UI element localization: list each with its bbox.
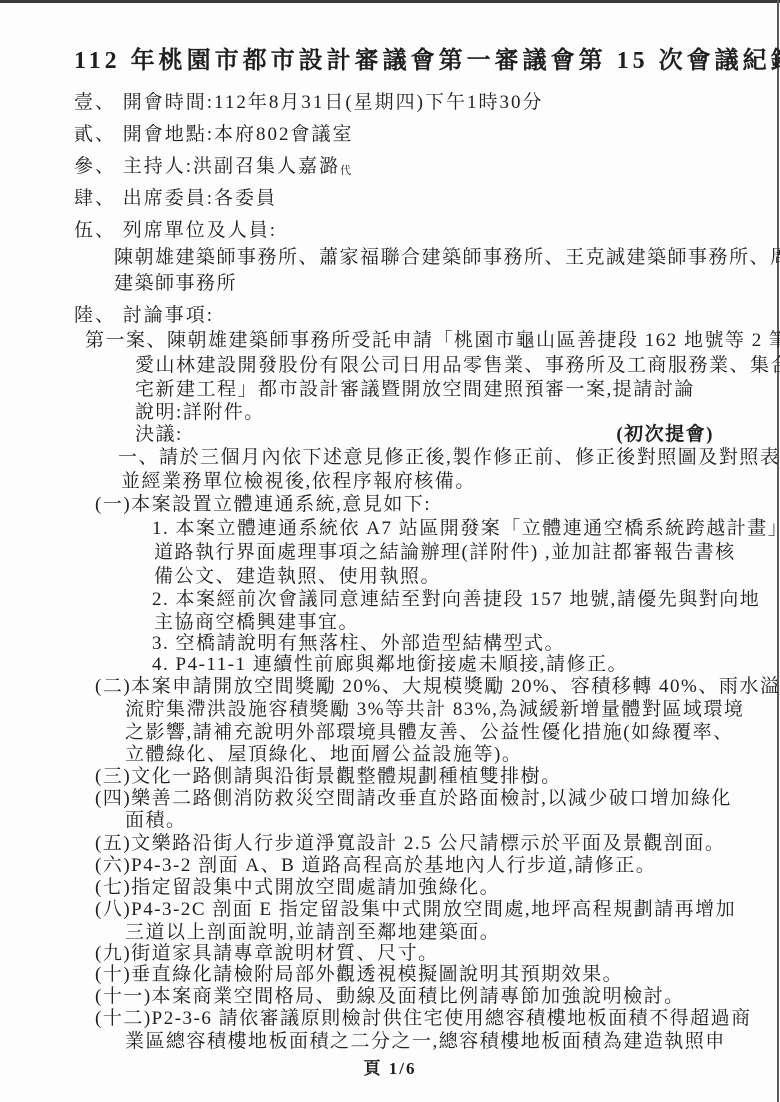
resolution-sub7: (七)指定留設集中式開放空間處請加強綠化。 bbox=[95, 877, 500, 899]
sub1-point1-line1: 1. 本案立體連通系統依 A7 站區開發案「立體連通空橋系統跨越計畫」 bbox=[152, 518, 780, 540]
sub1-point2-line2: 主協商空橋興建事宜。 bbox=[154, 612, 359, 634]
resolution-sub1-heading: (一)本案設置立體連通系統,意見如下: bbox=[95, 494, 431, 516]
resolution-sub12-line2: 業區總容積樓地板面積之二分之一,總容積樓地板面積為建造執照申 bbox=[125, 1031, 726, 1053]
scan-edge-top bbox=[0, 0, 780, 3]
sub1-point1-line3: 備公文、建造執照、使用執照。 bbox=[154, 566, 441, 588]
resolution-sub4-line1: (四)樂善二路側消防救災空間請改垂直於路面檢討,以減少破口增加綠化 bbox=[95, 788, 732, 810]
meeting-place: 貳、 開會地點:本府802會議室 bbox=[74, 124, 354, 146]
resolution-sub2-line4: 立體綠化、屋頂綠化、地面層公益設施等)。 bbox=[125, 744, 522, 766]
chair-deputy-mark: 代 bbox=[340, 165, 351, 177]
page-title: 112 年桃園市都市設計審議會第一審議會第 15 次會議紀錄 bbox=[74, 46, 780, 76]
discussion-heading: 陸、 討論事項: bbox=[74, 305, 214, 327]
meeting-time: 壹、 開會時間:112年8月31日(星期四)下午1時30分 bbox=[74, 92, 543, 114]
footer-page-number: 頁 1/6 bbox=[0, 1058, 780, 1080]
case1-note: 說明:詳附件。 bbox=[135, 402, 265, 424]
case1-title-line1: 第一案、陳朝雄建築師事務所受託申請「桃園市龜山區善捷段 162 地號等 2 筆土… bbox=[85, 330, 780, 352]
sub1-point2-line1: 2. 本案經前次會議同意連結至對向善捷段 157 地號,請優先與對向地 bbox=[152, 589, 760, 611]
resolution-sub10: (十)垂直綠化請檢附局部外觀透視模擬圖說明其預期效果。 bbox=[95, 964, 623, 986]
resolution-sub9: (九)街道家具請專章說明材質、尺寸。 bbox=[95, 943, 439, 965]
observer-units-line1: 陳朝雄建築師事務所、蕭家福聯合建築師事務所、王克誠建築師事務所、周文斌 bbox=[114, 247, 780, 269]
resolution-sub6: (六)P4-3-2 剖面 A、B 道路高程高於基地內人行步道,請修正。 bbox=[95, 855, 656, 877]
meeting-chair: 參、 主持人:洪副召集人嘉潞代 bbox=[74, 156, 351, 182]
chair-text: 參、 主持人:洪副召集人嘉潞 bbox=[74, 156, 340, 177]
resolution-sub11: (十一)本案商業空間格局、動線及面積比例請專節加強說明檢討。 bbox=[95, 986, 685, 1008]
attending-members: 肆、 出席委員:各委員 bbox=[74, 188, 277, 210]
resolution-sub8-line1: (八)P4-3-2C 剖面 E 指定留設集中式開放空間處,地坪高程規劃請再增加 bbox=[95, 899, 736, 921]
resolution-sub12-line1: (十二)P2-3-6 請依審議原則檢討供住宅使用總容積樓地板面積不得超過商 bbox=[95, 1008, 752, 1030]
sub1-point3: 3. 空橋請說明有無落柱、外部造型結構型式。 bbox=[152, 633, 565, 655]
resolution-sub2-line3: 之影響,請補充說明外部環境具體友善、公益性優化措施(如綠覆率、 bbox=[125, 722, 734, 744]
observer-units-line2: 建築師事務所 bbox=[114, 273, 237, 295]
resolution-sub2-line1: (二)本案申請開放空間獎勵 20%、大規模獎勵 20%、容積移轉 40%、雨水溢 bbox=[95, 676, 780, 698]
resolution-main-line2: 並經業務單位檢視後,依程序報府核備。 bbox=[121, 471, 476, 493]
resolution-main-line1: 一、請於三個月內依下述意見修正後,製作修正前、修正後對照圖及對照表, bbox=[118, 447, 780, 469]
observer-units-heading: 伍、 列席單位及人員: bbox=[74, 220, 277, 242]
sub1-point1-line2: 道路執行界面處理事項之結論辦理(詳附件) ,並加註都審報告書核 bbox=[154, 542, 736, 564]
resolution-sub4-line2: 面積。 bbox=[125, 810, 187, 832]
first-submission-badge: (初次提會) bbox=[616, 424, 714, 446]
resolution-sub2-line2: 流貯集滯洪設施容積獎勵 3%等共計 83%,為減緩新增量體對區域環境 bbox=[125, 699, 744, 721]
resolution-sub8-line2: 三道以上剖面說明,並請剖至鄰地建築面。 bbox=[125, 922, 500, 944]
sub1-point4: 4. P4-11-1 連續性前廊與鄰地銜接處未順接,請修正。 bbox=[152, 654, 628, 676]
case1-resolution-label: 決議: bbox=[135, 424, 183, 446]
case1-title-line2: 愛山林建設開發股份有限公司日用品零售業、事務所及工商服務業、集合住 bbox=[135, 355, 780, 377]
resolution-sub3: (三)文化一路側請與沿街景觀整體規劃種植雙排樹。 bbox=[95, 766, 562, 788]
document-page: 112 年桃園市都市設計審議會第一審議會第 15 次會議紀錄 壹、 開會時間:1… bbox=[0, 0, 780, 1102]
resolution-sub5: (五)文樂路沿街人行步道淨寬設計 2.5 公尺請標示於平面及景觀剖面。 bbox=[95, 833, 725, 855]
scan-edge-right bbox=[777, 0, 779, 1102]
case1-title-line3: 宅新建工程」都市設計審議暨開放空間建照預審一案,提請討論 bbox=[135, 379, 695, 401]
